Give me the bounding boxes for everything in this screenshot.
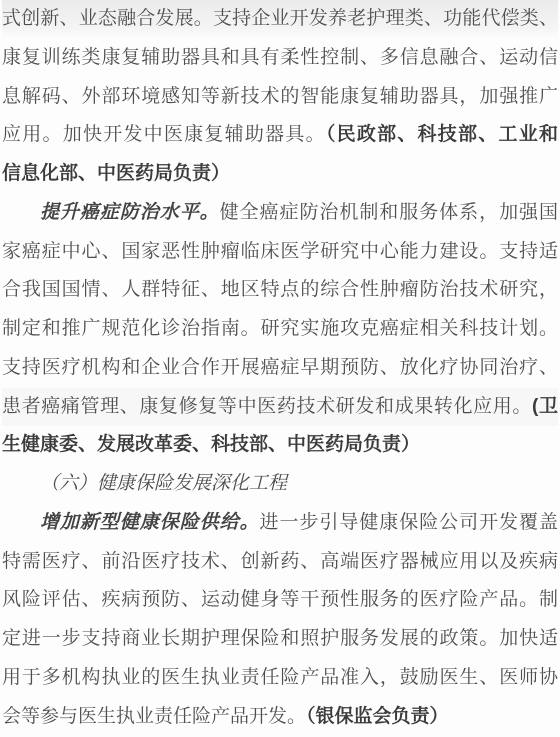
doc-line-15: 特需医疗、前沿医疗技术、创新药、高端医疗器械应用以及疾病 bbox=[2, 543, 558, 582]
doc-line-6: 提升癌症防治水平。健全癌症防治机制和服务体系，加强国 bbox=[2, 194, 558, 233]
doc-line-7: 家癌症中心、国家恶性肿瘤临床医学研究中心能力建设。支持适 bbox=[2, 233, 558, 272]
doc-line-3: 息解码、外部环境感知等新技术的智能康复辅助器具，加强推广 bbox=[2, 78, 558, 117]
doc-line-1: 式创新、业态融合发展。支持企业开发养老护理类、功能代偿类、 bbox=[2, 0, 558, 39]
doc-line-9: 制定和推广规范化诊治指南。研究实施攻克癌症相关科技计划。 bbox=[2, 310, 558, 349]
doc-line-4: 应用。加快开发中医康复辅助器具。（民政部、科技部、工业和 bbox=[2, 116, 558, 155]
body-text: 合我国国情、人群特征、地区特点的综合性肿瘤防治技术研究， bbox=[2, 279, 558, 300]
doc-line-5: 信息化部、中医药局负责） bbox=[2, 155, 558, 194]
doc-line-11: 患者癌痛管理、康复修复等中医药技术研发和成果转化应用。(卫 bbox=[2, 388, 558, 427]
doc-line-2: 康复训练类康复辅助器具和具有柔性控制、多信息融合、运动信 bbox=[2, 39, 558, 78]
doc-line-10: 支持医疗机构和企业合作开展癌症早期预防、放化疗协同治疗、 bbox=[2, 349, 558, 388]
body-text: 式创新、业态融合发展。支持企业开发养老护理类、功能代偿类、 bbox=[2, 8, 558, 29]
body-text: 息解码、外部环境感知等新技术的智能康复辅助器具，加强推广 bbox=[2, 86, 558, 107]
responsible-departments: （银保监会负责） bbox=[306, 706, 449, 727]
doc-line-16: 风险评估、疾病预防、运动健身等干预性服务的医疗险产品。制 bbox=[2, 581, 558, 620]
paragraph-lead-phrase: 提升癌症防治水平。 bbox=[40, 202, 220, 223]
body-text: 特需医疗、前沿医疗技术、创新药、高端医疗器械应用以及疾病 bbox=[2, 551, 558, 572]
body-text: 进一步引导健康保险公司开发覆盖 bbox=[260, 512, 558, 533]
body-text: 风险评估、疾病预防、运动健身等干预性服务的医疗险产品。制 bbox=[2, 589, 558, 610]
body-text: 定进一步支持商业长期护理保险和照护服务发展的政策。加快适 bbox=[2, 628, 558, 649]
body-text: 康复训练类康复辅助器具和具有柔性控制、多信息融合、运动信 bbox=[2, 47, 558, 68]
body-text: 制定和推广规范化诊治指南。研究实施攻克癌症相关科技计划。 bbox=[2, 318, 558, 339]
body-text: 健全癌症防治机制和服务体系，加强国 bbox=[220, 202, 558, 223]
paragraph-lead-phrase: 增加新型健康保险供给。 bbox=[40, 512, 260, 533]
doc-line-14: 增加新型健康保险供给。进一步引导健康保险公司开发覆盖 bbox=[2, 504, 558, 543]
doc-line-8: 合我国国情、人群特征、地区特点的综合性肿瘤防治技术研究， bbox=[2, 271, 558, 310]
responsible-departments: 生健康委、发展改革委、科技部、中医药局负责） bbox=[2, 434, 420, 455]
body-text: 支持医疗机构和企业合作开展癌症早期预防、放化疗协同治疗、 bbox=[2, 357, 558, 378]
body-text: 用于多机构执业的医生执业责任险产品准入，鼓励医生、医师协 bbox=[2, 667, 558, 688]
responsible-departments: (卫 bbox=[532, 396, 558, 417]
doc-line-19: 会等参与医生执业责任险产品开发。（银保监会负责） bbox=[2, 698, 558, 737]
body-text: 应用。加快开发中医康复辅助器具。 bbox=[2, 124, 326, 145]
doc-line-12: 生健康委、发展改革委、科技部、中医药局负责） bbox=[2, 426, 558, 465]
responsible-departments: 信息化部、中医药局负责） bbox=[2, 163, 230, 184]
body-text: 患者癌痛管理、康复修复等中医药技术研发和成果转化应用。 bbox=[2, 396, 532, 417]
body-text: 家癌症中心、国家恶性肿瘤临床医学研究中心能力建设。支持适 bbox=[2, 241, 558, 262]
section-heading: （六）健康保险发展深化工程 bbox=[40, 473, 287, 494]
doc-line-17: 定进一步支持商业长期护理保险和照护服务发展的政策。加快适 bbox=[2, 620, 558, 659]
responsible-departments: （民政部、科技部、工业和 bbox=[326, 124, 558, 145]
document-page: 式创新、业态融合发展。支持企业开发养老护理类、功能代偿类、 康复训练类康复辅助器… bbox=[0, 0, 560, 737]
doc-line-18: 用于多机构执业的医生执业责任险产品准入，鼓励医生、医师协 bbox=[2, 659, 558, 698]
body-text: 会等参与医生执业责任险产品开发。 bbox=[2, 706, 306, 727]
doc-line-13: （六）健康保险发展深化工程 bbox=[2, 465, 558, 504]
